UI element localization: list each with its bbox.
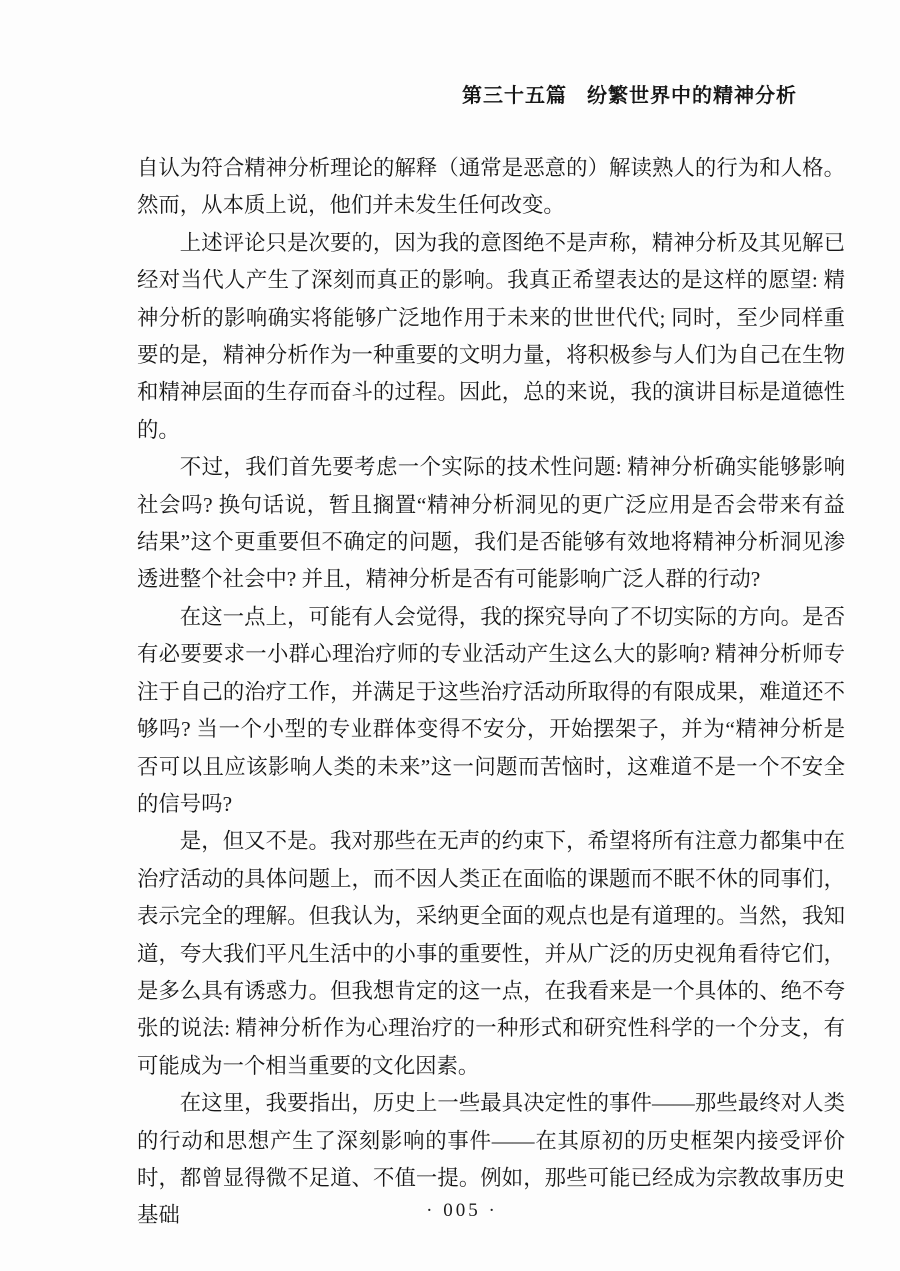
running-head: 第三十五篇纷繁世界中的精神分析 — [462, 79, 797, 108]
paragraph: 自认为符合精神分析理论的解释（通常是恶意的）解读熟人的行为和人格。然而，从本质上… — [137, 150, 845, 225]
article-body: 自认为符合精神分析理论的解释（通常是恶意的）解读熟人的行为和人格。然而，从本质上… — [137, 150, 845, 1235]
paragraph: 在这一点上，可能有人会觉得，我的探究导向了不切实际的方向。是否有必要要求一小群心… — [137, 599, 845, 823]
book-page: 第三十五篇纷繁世界中的精神分析 自认为符合精神分析理论的解释（通常是恶意的）解读… — [0, 0, 900, 1271]
paragraph: 是，但又不是。我对那些在无声的约束下，希望将所有注意力都集中在治疗活动的具体问题… — [137, 823, 845, 1085]
paragraph: 上述评论只是次要的，因为我的意图绝不是声称，精神分析及其见解已经对当代人产生了深… — [137, 225, 845, 449]
running-head-title: 纷繁世界中的精神分析 — [587, 85, 797, 107]
paragraph: 不过，我们首先要考虑一个实际的技术性问题: 精神分析确实能够影响社会吗? 换句话… — [137, 449, 845, 599]
running-head-section: 第三十五篇 — [462, 85, 567, 107]
page-number: · 005 · — [24, 1200, 900, 1222]
